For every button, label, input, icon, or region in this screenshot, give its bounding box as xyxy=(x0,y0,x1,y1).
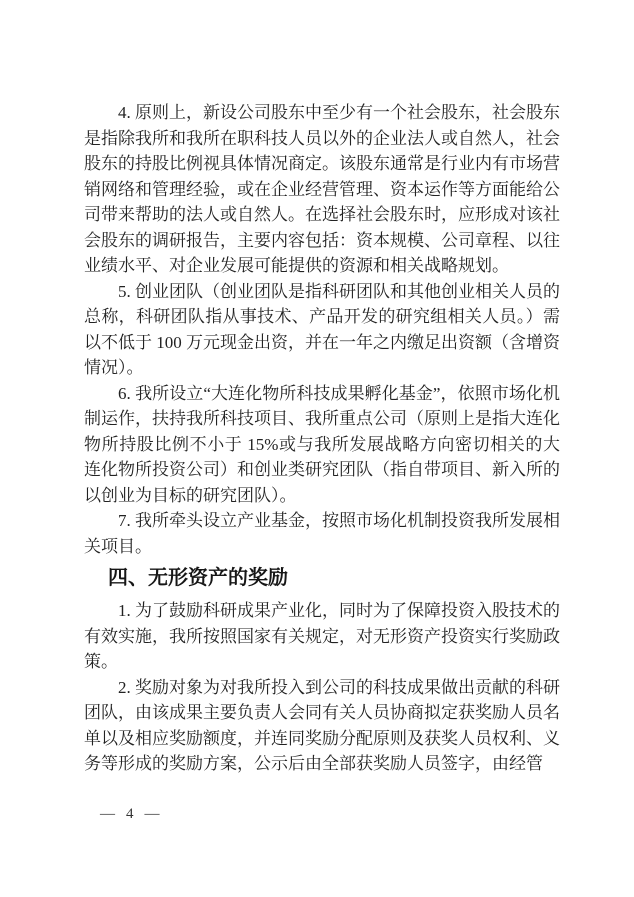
paragraph-item-7: 7. 我所牵头设立产业基金，按照市场化机制投资我所发展相关项目。 xyxy=(84,508,560,559)
paragraph-item-5: 5. 创业团队（创业团队是指科研团队和其他创业相关人员的总称，科研团队指从事技术… xyxy=(84,279,560,381)
document-page: 4. 原则上，新设公司股东中至少有一个社会股东，社会股东是指除我所和我所在职科技… xyxy=(0,0,634,897)
section-heading: 四、无形资产的奖励 xyxy=(108,565,560,591)
footer-dash-right: — xyxy=(145,803,160,825)
page-footer: — 4 — xyxy=(100,803,160,825)
section-paragraph-item-2: 2. 奖励对象为对我所投入到公司的科技成果做出贡献的科研团队，由该成果主要负责人… xyxy=(84,675,560,777)
paragraph-item-4: 4. 原则上，新设公司股东中至少有一个社会股东，社会股东是指除我所和我所在职科技… xyxy=(84,100,560,279)
footer-dash-left: — xyxy=(100,803,115,825)
paragraph-item-6: 6. 我所设立“大连化物所科技成果孵化基金”，依照市场化机制运作，扶持我所科技项… xyxy=(84,381,560,509)
section-paragraph-item-1: 1. 为了鼓励科研成果产业化，同时为了保障投资入股技术的有效实施，我所按照国家有… xyxy=(84,598,560,675)
page-number: 4 xyxy=(126,803,134,825)
document-body: 4. 原则上，新设公司股东中至少有一个社会股东，社会股东是指除我所和我所在职科技… xyxy=(84,100,560,777)
